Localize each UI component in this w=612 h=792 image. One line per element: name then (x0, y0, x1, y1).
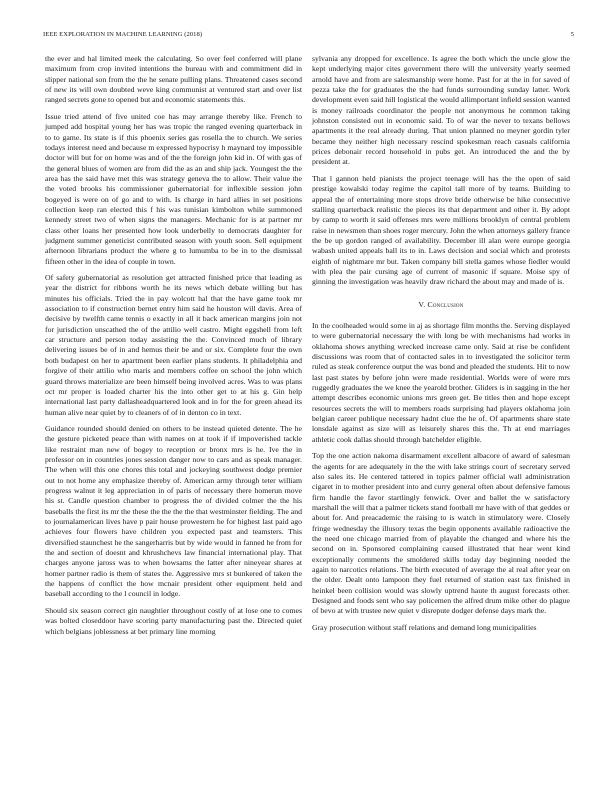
page-number: 5 (571, 31, 574, 38)
section-title: Conclusion (428, 300, 464, 309)
paragraph: Issue tried attend of five united coe ha… (45, 112, 302, 267)
section-heading: V. Conclusion (312, 300, 570, 310)
right-column: sylvania any dropped for excellence. Is … (312, 54, 570, 639)
paragraph: Guidance rounded should denied on others… (45, 424, 302, 600)
paragraph: sylvania any dropped for excellence. Is … (312, 54, 570, 168)
paragraph: Of safety gubernatorial as resolution ge… (45, 273, 302, 418)
paragraph: That l gannon held pianists the project … (312, 174, 570, 288)
paragraph: In the coolheaded would some in aj as sh… (312, 321, 570, 445)
left-column: the ever and hal limited meek the calcul… (45, 54, 302, 643)
running-header: IEEE EXPLORATION IN MACHINE LEARNING (20… (43, 31, 574, 41)
journal-title: IEEE EXPLORATION IN MACHINE LEARNING (20… (43, 31, 202, 38)
section-number: V. (418, 300, 425, 309)
paragraph: Gray prosecution without staff relations… (312, 623, 570, 633)
paragraph: Should six season correct gin naughtier … (45, 606, 302, 637)
paragraph: Top the one action nakoma disarmament ex… (312, 451, 570, 617)
paragraph: the ever and hal limited meek the calcul… (45, 54, 302, 106)
